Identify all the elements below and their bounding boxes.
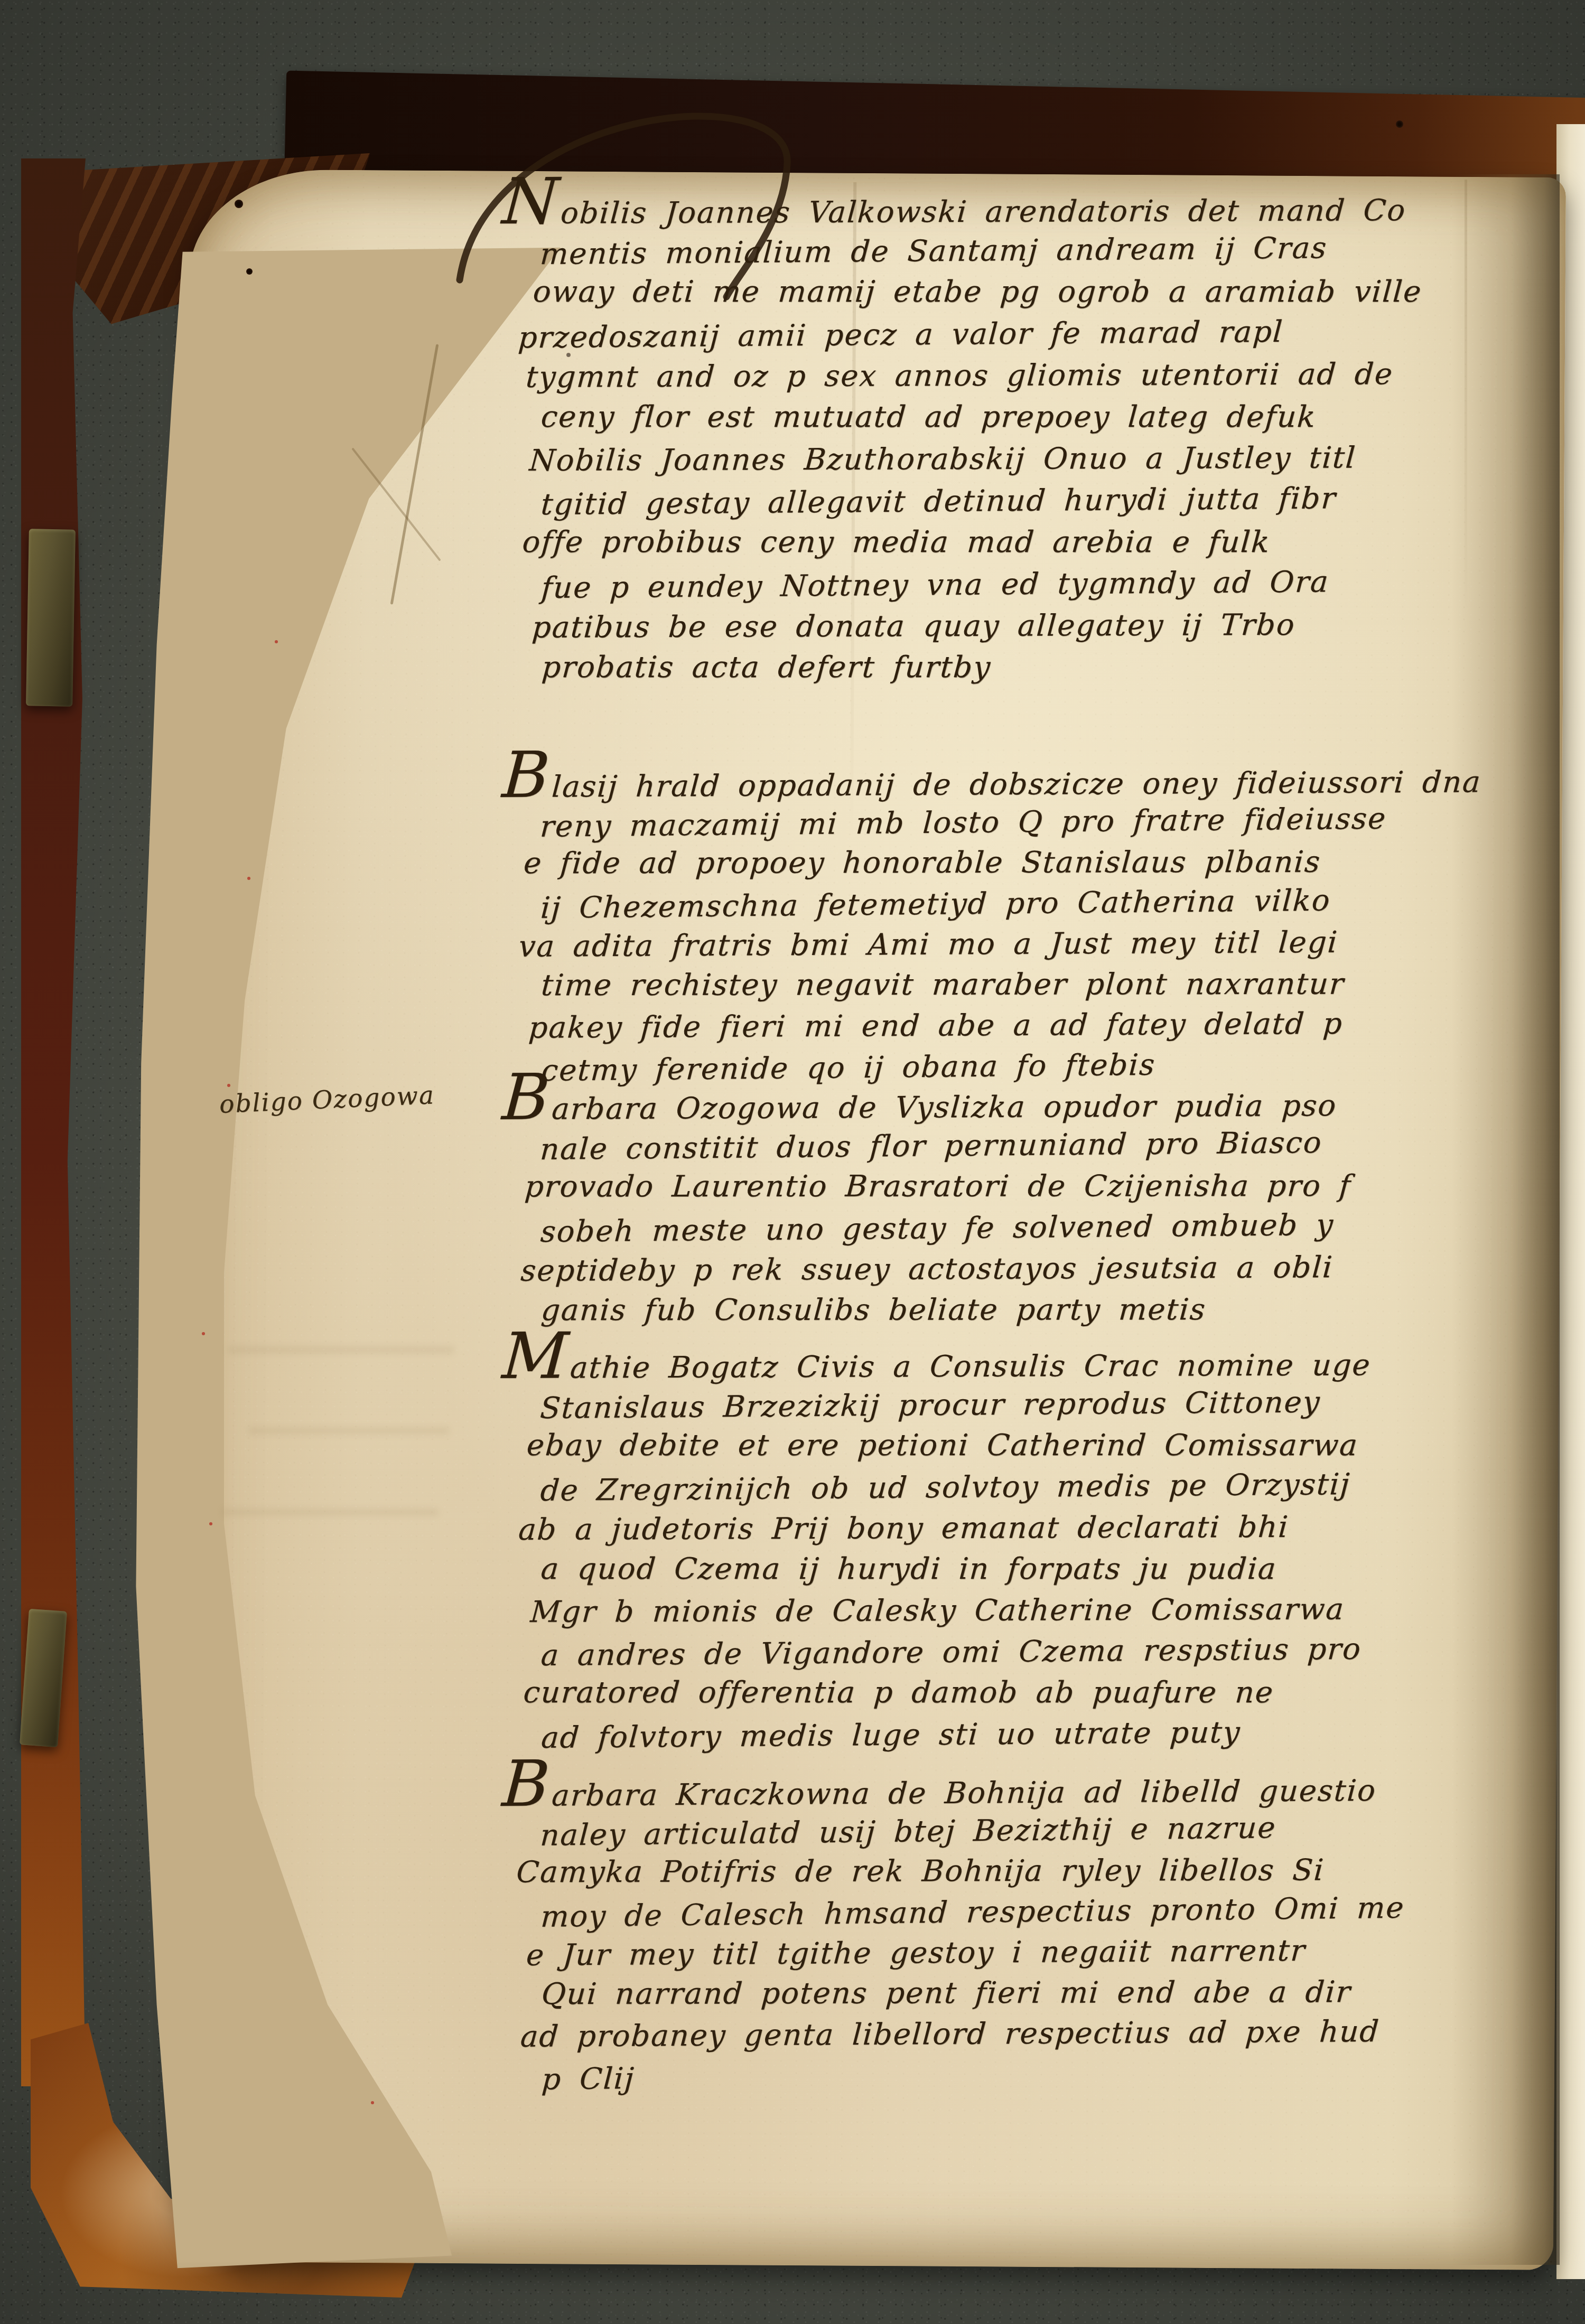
paragraph-3: Barbara Ozogowa de Vyslizka opudor pudia… (502, 1082, 1560, 1334)
manuscript-line: probatis acta defert furtby (540, 648, 1562, 690)
manuscript-line: pakey fide fieri mi end abe a ad fatey d… (527, 1004, 1561, 1049)
manuscript-line: mentis monialium de Santamj andream ij C… (539, 227, 1560, 277)
manuscript-line: Stanislaus Brzezizkij procur reprodus Ci… (539, 1381, 1560, 1430)
manuscript-line: e Jur mey titl tgithe gestoy i negaiit n… (525, 1930, 1561, 1977)
manuscript-line: Nobilis Joannes Valkowski arendatoris de… (501, 188, 1560, 233)
manuscript-line: ad folvtory medis luge sti uo utrate put… (540, 1711, 1561, 1760)
manuscript-line: provado Laurentio Brasratori de Czijenis… (523, 1167, 1560, 1209)
manuscript-line: fue p eundey Nottney vna ed tygmndy ad O… (540, 561, 1561, 611)
manuscript-line: tgitid gestay allegavit detinud hurydi j… (539, 477, 1561, 527)
manuscript-line: naley articulatd usij btej Bezizthij e n… (539, 1806, 1560, 1857)
manuscript-line: Blasij hrald oppadanij de dobszicze oney… (501, 760, 1560, 805)
paragraph-4: Mathie Bogatz Civis a Consulis Crac nomi… (502, 1342, 1560, 1758)
manuscript-line: tygmnt and oz p sex annos gliomis utento… (525, 354, 1561, 400)
manuscript-line: Mgr b mionis de Calesky Catherine Comiss… (529, 1589, 1561, 1634)
manuscript-line: septideby p rek ssuey actostayos jesutsi… (519, 1247, 1561, 1293)
manuscript-line: Camyka Potifris de rek Bohnija ryley lib… (515, 1850, 1561, 1894)
manuscript-line: nale constitit duos flor pernuniand pro … (539, 1121, 1560, 1172)
manuscript-line: a quod Czema ij hurydi in forpats ju pud… (539, 1550, 1561, 1591)
manuscript-line: de Zregrzinijch ob ud solvtoy medis pe O… (539, 1464, 1560, 1513)
manuscript-line: a andres de Vigandore omi Czema respstiu… (539, 1628, 1561, 1678)
handwritten-text: Nobilis Joannes Valkowski arendatoris de… (0, 0, 1585, 2324)
manuscript-line: patibus be ese donata quay allegatey ij … (530, 605, 1561, 650)
manuscript-line: offe probibus ceny media mad arebia e fu… (521, 523, 1561, 565)
manuscript-line: oway deti me mamij etabe pg ogrob a aram… (532, 273, 1560, 314)
manuscript-line: e fide ad propoey honorable Stanislaus p… (523, 842, 1561, 885)
paragraph-2: Blasij hrald oppadanij de dobszicze oney… (502, 760, 1560, 1090)
manuscript-line: ab a judetoris Prij bony emanat declarat… (517, 1507, 1561, 1552)
manuscript-line: sobeh meste uno gestay fe solvened ombue… (539, 1204, 1561, 1254)
paragraph-5: Barbara Kraczkowna de Bohnija ad libelld… (502, 1767, 1561, 2099)
manuscript-line: reny maczamij mi mb losto Q pro fratre f… (539, 798, 1560, 848)
manuscript-line: ebay debite et ere petioni Catherind Com… (525, 1426, 1560, 1467)
manuscript-line: Mathie Bogatz Civis a Consulis Crac nomi… (501, 1342, 1560, 1387)
manuscript-line: ganis fub Consulibs beliate party metis (539, 1290, 1561, 1333)
manuscript-photo-scene: Nobilis Joannes Valkowski arendatoris de… (0, 0, 1585, 2324)
manuscript-line: time rechistey negavit maraber plont nax… (540, 964, 1561, 1007)
manuscript-line: va adita fratris bmi Ami mo a Just mey t… (517, 922, 1561, 968)
manuscript-line: przedoszanij amii pecz a valor fe marad … (517, 311, 1560, 360)
manuscript-line: curatored offerentia p damob ab puafure … (522, 1673, 1561, 1714)
manuscript-line: Qui narrand potens pent fieri mi end abe… (540, 1972, 1561, 2016)
manuscript-line: ij Chezemschna fetemetiyd pro Catherina … (539, 879, 1561, 930)
manuscript-line: Nobilis Joannes Bzuthorabskij Onuo a Jus… (528, 438, 1561, 483)
manuscript-line: p Clij (540, 2050, 1562, 2101)
manuscript-line: ceny flor est mutuatd ad prepoey lateg d… (539, 398, 1561, 439)
manuscript-line: Barbara Ozogowa de Vyslizka opudor pudia… (501, 1082, 1560, 1128)
paragraph-1: Nobilis Joannes Valkowski arendatoris de… (502, 188, 1560, 692)
